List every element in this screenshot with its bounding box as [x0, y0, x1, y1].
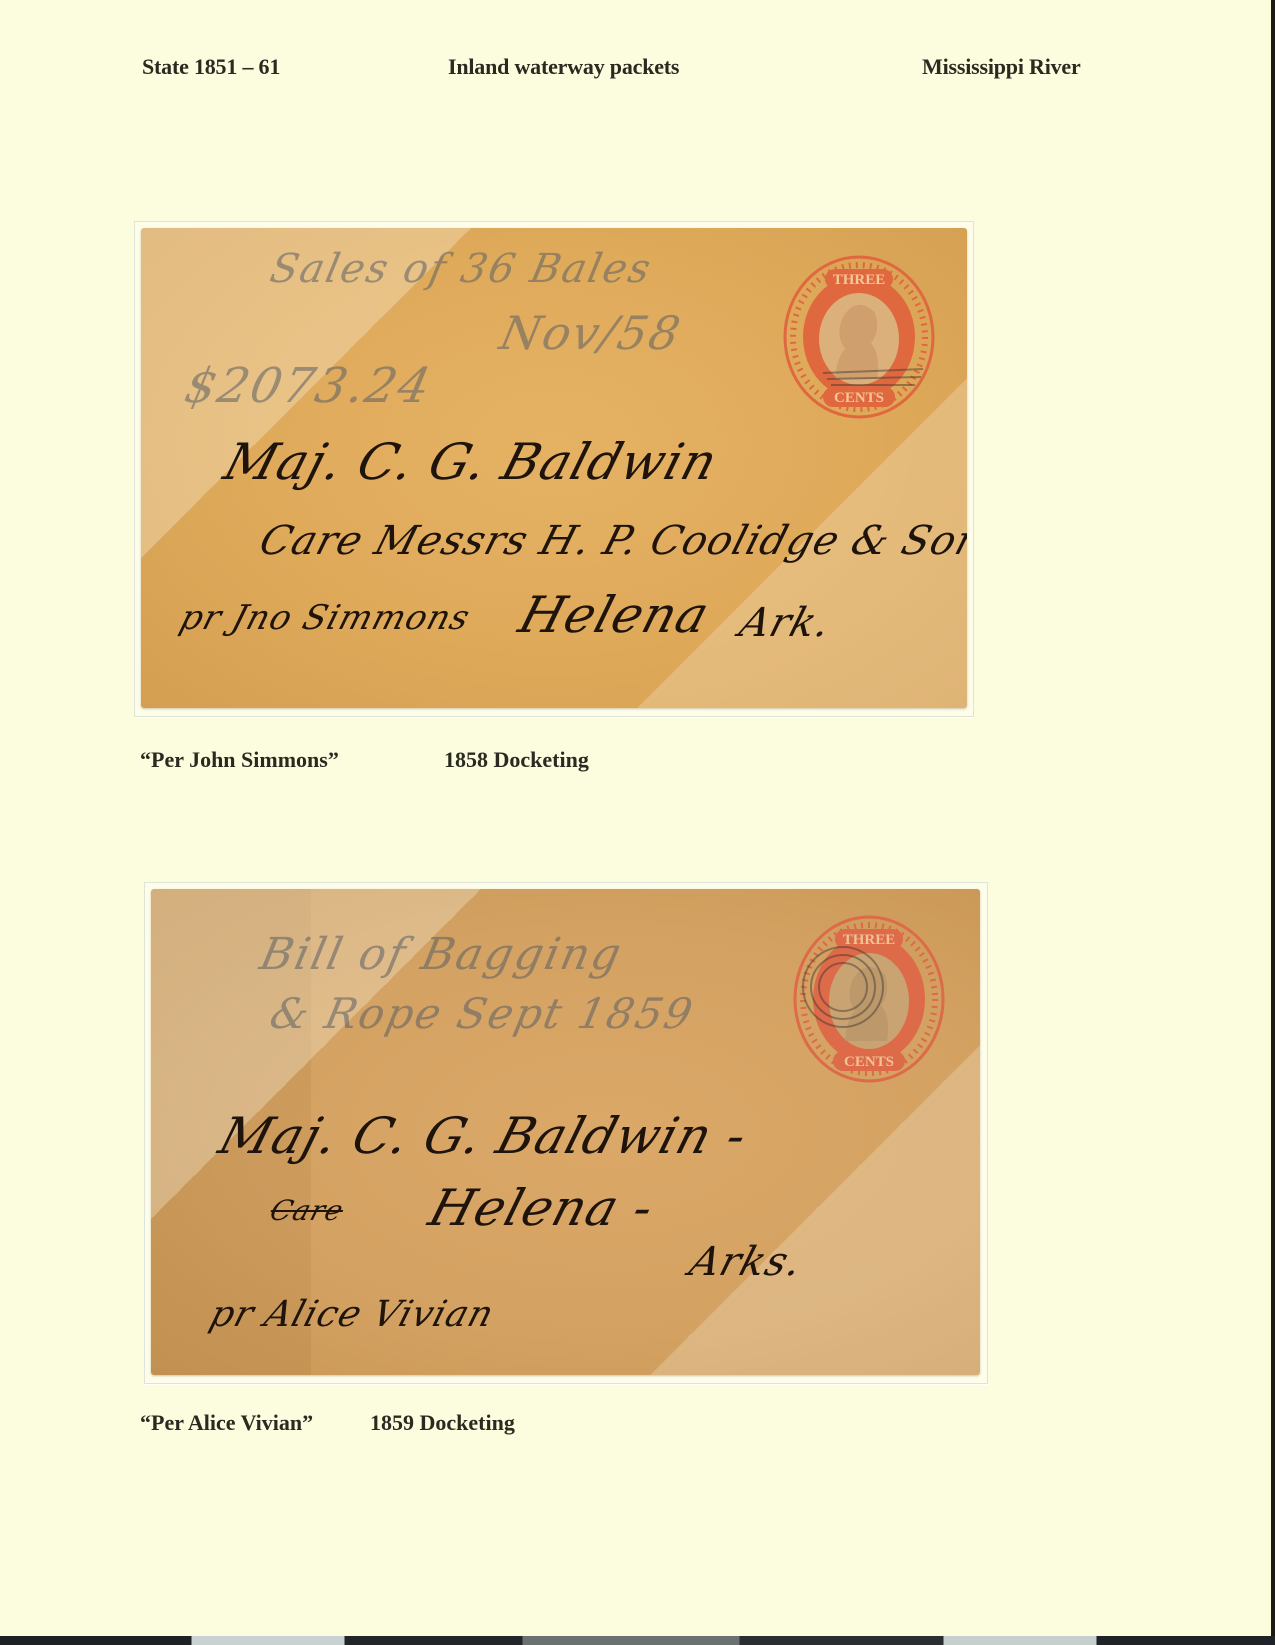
- header-period: State 1851 – 61: [142, 54, 280, 80]
- three-cents-stamp-icon: THREE CENTS: [783, 255, 935, 419]
- cover-1-caption-name: “Per John Simmons”: [140, 747, 339, 773]
- docket-line-2: & Rope Sept 1859: [266, 989, 699, 1038]
- address-city: Helena -: [423, 1179, 661, 1237]
- three-cents-stamp-icon: THREE CENTS: [793, 915, 945, 1083]
- routing-docket: pr Jno Simmons: [175, 598, 475, 638]
- address-line-1: Maj. C. G. Baldwin -: [213, 1107, 754, 1165]
- header-topic: Inland waterway packets: [448, 54, 679, 80]
- cover-1-caption-note: 1858 Docketing: [444, 747, 589, 773]
- docket-line-1: Bill of Bagging: [256, 929, 628, 980]
- sleeve-corner: [650, 1045, 980, 1375]
- scanner-edge-bottom: [0, 1636, 1275, 1645]
- address-line-2: Care Messrs H. P. Coolidge & Son: [254, 518, 967, 564]
- docket-amount: $2073.24: [180, 358, 437, 414]
- svg-text:CENTS: CENTS: [834, 390, 884, 406]
- svg-text:THREE: THREE: [843, 932, 896, 948]
- cover-1-stamp: THREE CENTS: [783, 255, 935, 419]
- cover-2-caption-name: “Per Alice Vivian”: [140, 1410, 313, 1436]
- address-line-1: Maj. C. G. Baldwin: [218, 433, 725, 491]
- scanner-edge-right: [1271, 0, 1275, 1645]
- header-region: Mississippi River: [922, 54, 1081, 80]
- docket-line-1: Sales of 36 Bales: [266, 246, 656, 292]
- address-state: Ark.: [734, 600, 836, 646]
- address-state: Arks.: [684, 1239, 808, 1285]
- cover-2-caption-note: 1859 Docketing: [370, 1410, 515, 1436]
- cover-2-stamp: THREE CENTS: [793, 915, 945, 1083]
- address-city: Helena: [513, 586, 716, 644]
- svg-text:THREE: THREE: [833, 272, 886, 288]
- docket-line-2: Nov/58: [495, 306, 686, 360]
- routing-docket: pr Alice Vivian: [205, 1294, 499, 1335]
- svg-text:CENTS: CENTS: [844, 1054, 894, 1070]
- cover-1-envelope: Sales of 36 Bales Nov/58 $2073.24 Maj. C…: [141, 228, 967, 708]
- address-struck-word: Care: [266, 1194, 348, 1227]
- cover-2-envelope: Bill of Bagging & Rope Sept 1859 Maj. C.…: [151, 889, 980, 1375]
